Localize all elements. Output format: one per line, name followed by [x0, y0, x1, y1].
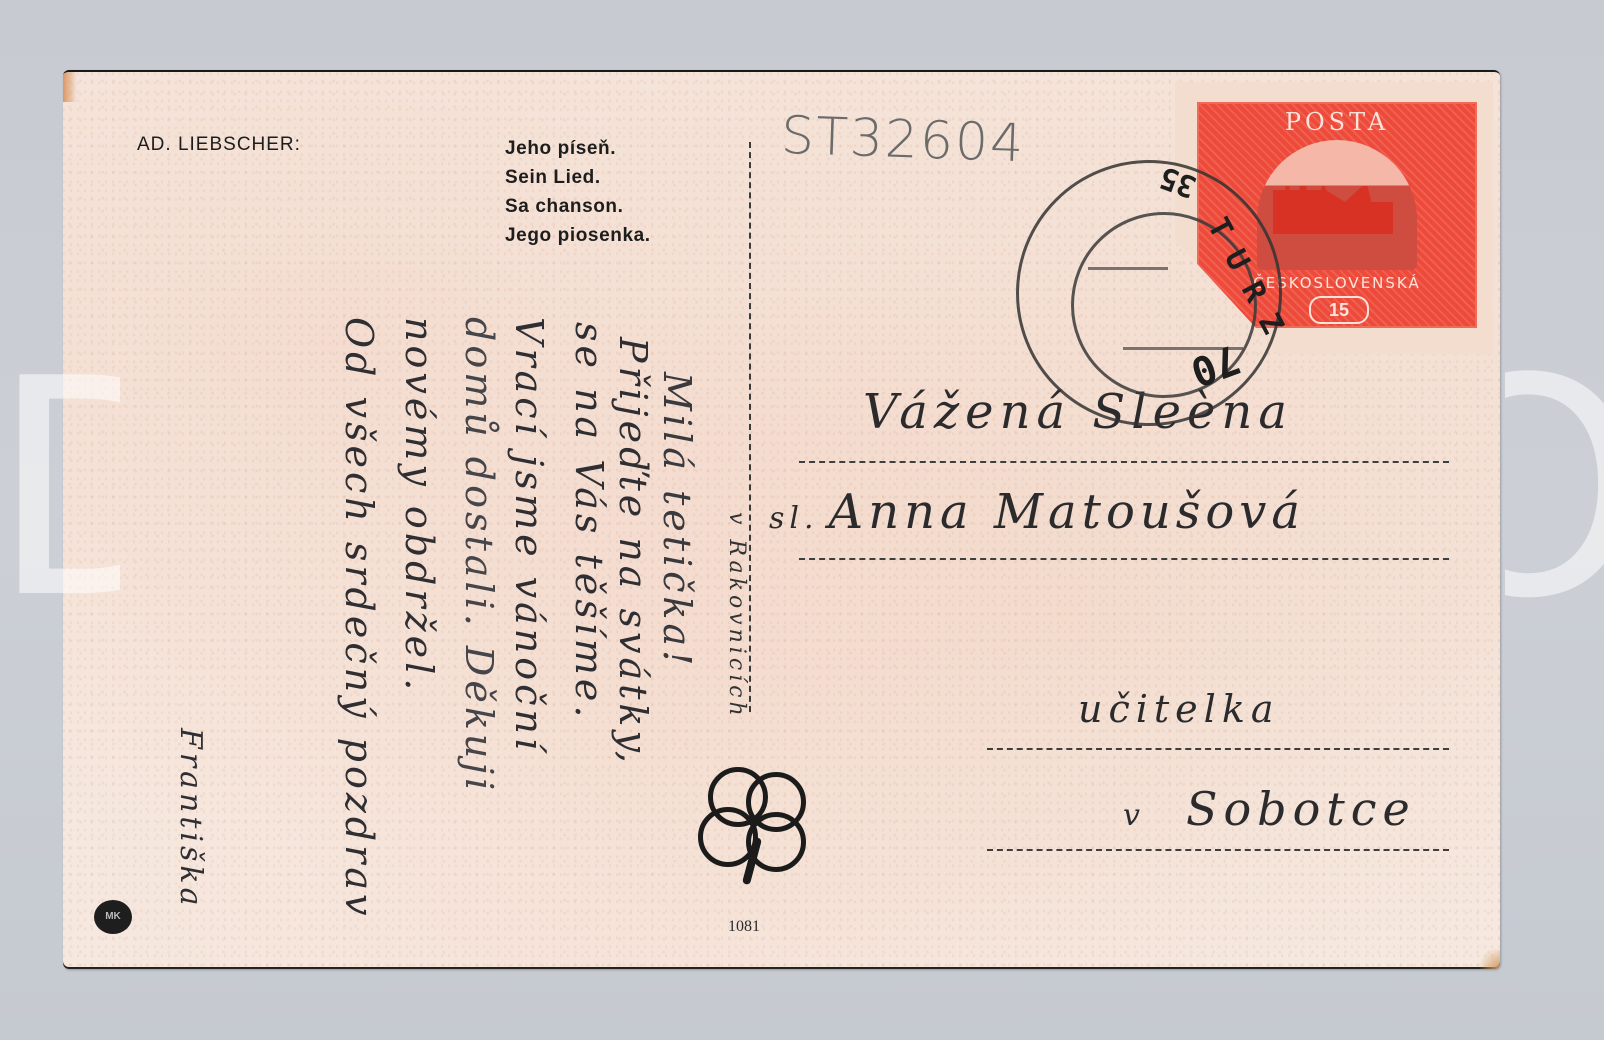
message-line: Od všech srdečný pozdrav — [337, 317, 381, 919]
center-divider — [749, 142, 751, 712]
address-line — [799, 558, 1449, 560]
inventory-code: ST32604 — [780, 106, 1026, 174]
message-place: v Rakovnicích — [724, 512, 749, 720]
address-recipient: sl.Anna Matoušová — [769, 484, 1305, 540]
address-line — [799, 461, 1449, 463]
postcard-back: AD. LIEBSCHER: Jeho píseň. Sein Lied. Sa… — [63, 70, 1500, 969]
address-line — [987, 748, 1449, 750]
title-polish: Jego piosenka. — [505, 221, 651, 250]
worn-corner — [63, 72, 77, 102]
message-line: Přijeďte na svátky, — [611, 337, 655, 767]
message-signature: Františka — [173, 728, 208, 909]
message-line: se na Vás těšíme. — [567, 322, 611, 721]
town-name: Sobotce — [1186, 782, 1416, 836]
watermark-glyph: O — [1505, 370, 1604, 610]
clover-stamp-icon — [688, 757, 808, 887]
message-line: domů dostali. Děkuji — [457, 317, 501, 794]
address-line — [987, 849, 1449, 851]
postmark-bar — [1088, 267, 1168, 270]
title-czech: Jeho píseň. — [505, 134, 651, 163]
watermark-right: O — [1505, 370, 1604, 610]
stamp-header: POSTA — [1199, 108, 1475, 136]
card-number: 1081 — [728, 918, 760, 936]
message-line: Milá tetička! — [655, 372, 699, 669]
town-prefix: v — [1123, 798, 1146, 833]
message-line: novémy obdržel. — [397, 317, 441, 694]
title-german: Sein Lied. — [505, 163, 651, 192]
message-line: Vrací jsme vánoční — [507, 317, 551, 754]
recipient-prefix: sl. — [769, 501, 819, 536]
worn-corner — [1476, 949, 1500, 969]
address-occupation: učitelka — [1078, 687, 1280, 731]
title-french: Sa chanson. — [505, 192, 651, 221]
song-titles: Jeho píseň. Sein Lied. Sa chanson. Jego … — [505, 134, 651, 250]
recipient-name: Anna Matoušová — [829, 484, 1306, 540]
address-town: vSobotce — [1123, 782, 1416, 836]
stamp-value: 15 — [1309, 296, 1369, 324]
artist-name: AD. LIEBSCHER: — [137, 134, 301, 156]
publisher-logo-icon: MK — [94, 900, 132, 934]
watermark-left: D — [0, 370, 120, 610]
